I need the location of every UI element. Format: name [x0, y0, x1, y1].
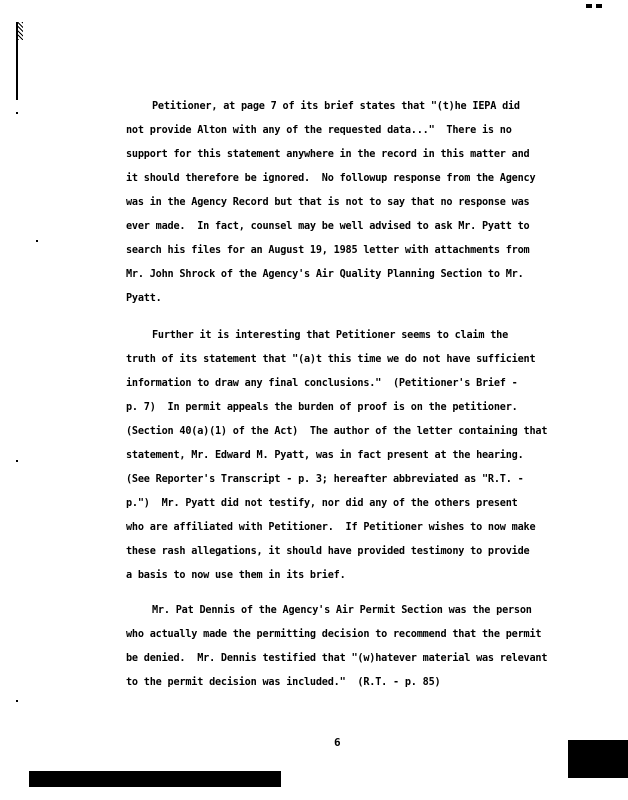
text-line: p. 7) In permit appeals the burden of pr… [126, 402, 518, 414]
scan-speck [16, 700, 18, 702]
scan-speck [16, 460, 18, 462]
scan-artifact [586, 4, 592, 8]
redaction-block [568, 740, 628, 778]
scan-artifact [18, 22, 23, 40]
text-line: support for this statement anywhere in t… [126, 149, 529, 161]
scan-speck [36, 240, 38, 242]
text-line: to the permit decision was included." (R… [126, 677, 440, 689]
text-line: not provide Alton with any of the reques… [126, 125, 512, 137]
text-line: (Section 40(a)(1) of the Act) The author… [126, 426, 547, 438]
text-line: Further it is interesting that Petitione… [152, 330, 508, 342]
redaction-bar [29, 771, 281, 787]
text-line: statement, Mr. Edward M. Pyatt, was in f… [126, 450, 524, 462]
text-line: a basis to now use them in its brief. [126, 570, 346, 582]
text-line: Mr. John Shrock of the Agency's Air Qual… [126, 269, 524, 281]
page-number: 6 [334, 736, 341, 749]
text-line: these rash allegations, it should have p… [126, 546, 529, 558]
text-line: Pyatt. [126, 293, 162, 305]
text-line: Mr. Pat Dennis of the Agency's Air Permi… [152, 605, 532, 617]
text-line: be denied. Mr. Dennis testified that "(w… [126, 653, 547, 665]
scan-artifact [596, 4, 602, 8]
text-line: search his files for an August 19, 1985 … [126, 245, 529, 257]
text-line: who actually made the permitting decisio… [126, 629, 541, 641]
text-line: information to draw any final conclusion… [126, 378, 518, 390]
text-line: p.") Mr. Pyatt did not testify, nor did … [126, 498, 518, 510]
text-line: ever made. In fact, counsel may be well … [126, 221, 529, 233]
text-line: who are affiliated with Petitioner. If P… [126, 522, 535, 534]
text-line: truth of its statement that "(a)t this t… [126, 354, 535, 366]
text-line: (See Reporter's Transcript - p. 3; herea… [126, 474, 524, 486]
document-page: Petitioner, at page 7 of its brief state… [0, 0, 628, 800]
scan-speck [16, 112, 18, 114]
text-line: it should therefore be ignored. No follo… [126, 173, 535, 185]
text-line: was in the Agency Record but that is not… [126, 197, 529, 209]
text-line: Petitioner, at page 7 of its brief state… [152, 101, 520, 113]
